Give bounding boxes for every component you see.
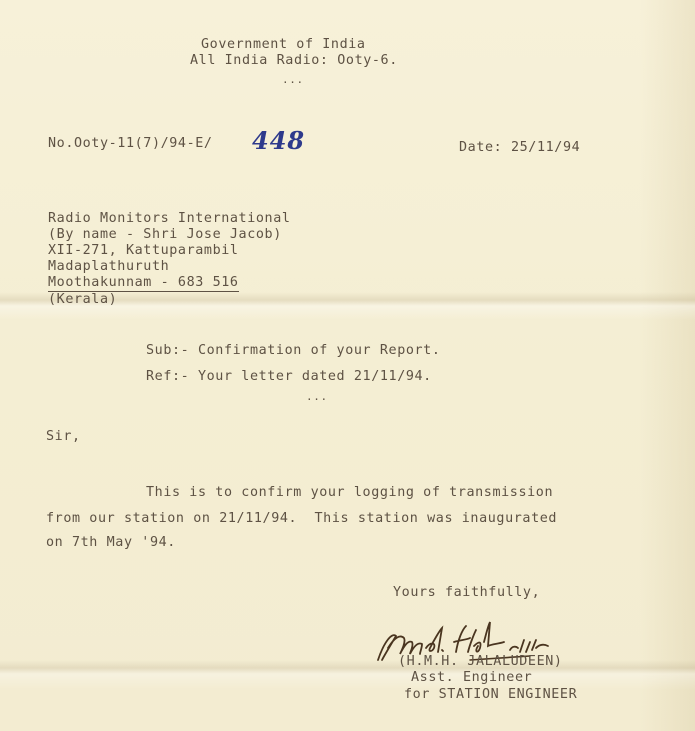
address-line: Moothakunnam - 683 516 [48,275,239,292]
reference-number-handwritten: 448 [252,126,305,155]
address-line: XII-271, Kattuparambil [48,243,239,259]
valediction: Yours faithfully, [393,585,540,601]
body-line: on 7th May '94. [46,535,176,551]
reference-number: No.Ooty-11(7)/94-E/ [48,136,213,152]
address-line: Madaplathuruth [48,259,169,275]
signatory-title: Asst. Engineer [411,670,532,686]
header-line-1: Government of India [201,37,366,53]
salutation: Sir, [46,429,81,445]
reference-line: Ref:- Your letter dated 21/11/94. [146,369,432,385]
body-line: from our station on 21/11/94. This stati… [46,511,557,527]
address-line: (Kerala) [48,292,117,308]
body-line: This is to confirm your logging of trans… [146,485,553,501]
address-line: (By name - Shri Jose Jacob) [48,227,282,243]
letter-date: Date: 25/11/94 [459,140,580,156]
subject-line: Sub:- Confirmation of your Report. [146,343,441,359]
signatory-name: (H.M.H. JALALUDEEN) [398,654,563,670]
subject-separator: ... [306,389,328,405]
signatory-for: for STATION ENGINEER [404,687,577,703]
header-line-2: All India Radio: Ooty-6. [190,53,398,69]
header-separator: ... [282,72,304,88]
address-line: Radio Monitors International [48,211,291,227]
